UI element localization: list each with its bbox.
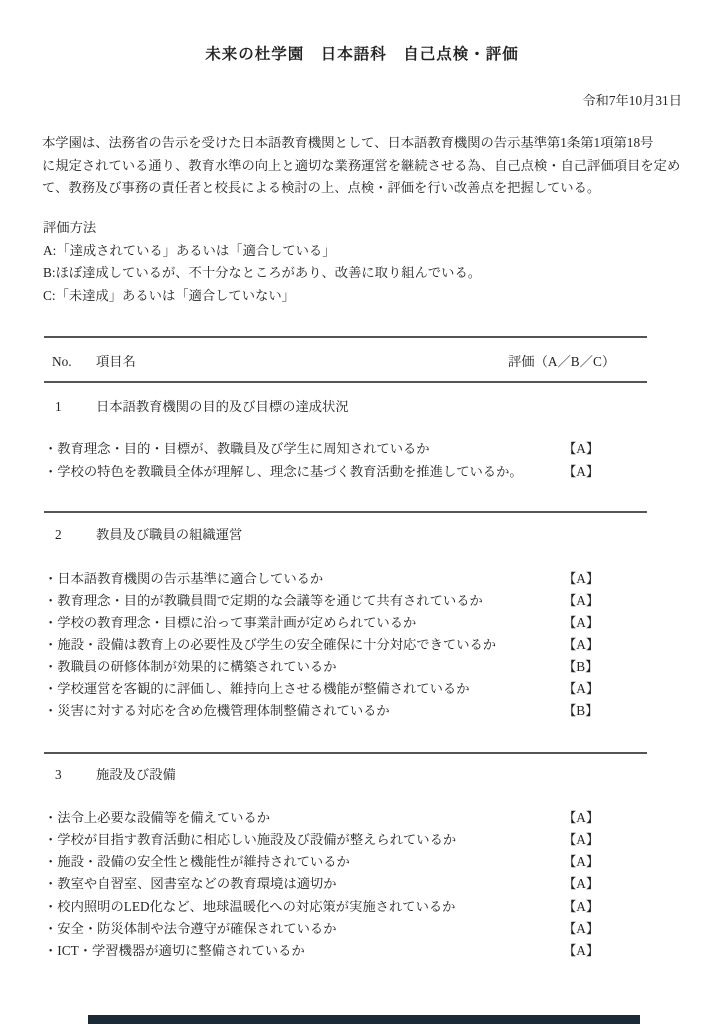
item-text: ・教育理念・目的が教職員間で定期的な会議等を通じて共有されているか bbox=[44, 590, 483, 612]
evaluation-item: ・法令上必要な設備等を備えているか 【A】 bbox=[44, 807, 706, 829]
section-title: 日本語教育機関の目的及び目標の達成状況 bbox=[96, 396, 349, 418]
section-1-row: 1 日本語教育機関の目的及び目標の達成状況 bbox=[42, 396, 702, 418]
item-mark: 【A】 bbox=[563, 918, 599, 940]
section-number: 1 bbox=[55, 396, 62, 418]
item-text: ・学校運営を客観的に評価し、維持向上させる機能が整備されているか bbox=[44, 678, 470, 700]
section-divider-rule bbox=[44, 752, 647, 754]
item-mark: 【A】 bbox=[563, 940, 599, 962]
evaluation-item: ・施設・設備の安全性と機能性が維持されているか 【A】 bbox=[44, 851, 706, 873]
header-item-name: 項目名 bbox=[96, 351, 136, 373]
item-mark: 【A】 bbox=[563, 568, 599, 590]
item-text: ・学校の特色を教職員全体が理解し、理念に基づく教育活動を推進しているか。 bbox=[44, 461, 523, 483]
evaluation-item: ・安全・防災体制や法令遵守が確保されているか 【A】 bbox=[44, 918, 706, 940]
intro-line: に規定されている通り、教育水準の向上と適切な業務運営を継続させる為、自己点検・自… bbox=[42, 155, 702, 178]
document-page: 未来の杜学園 日本語科 自己点検・評価 令和7年10月31日 本学園は、法務省の… bbox=[0, 0, 724, 1024]
item-text: ・教職員の研修体制が効果的に構築されているか bbox=[44, 656, 337, 678]
evaluation-item: ・施設・設備は教育上の必要性及び学生の安全確保に十分対応できているか 【A】 bbox=[44, 634, 706, 656]
header-bottom-rule bbox=[44, 381, 647, 383]
section-2-row: 2 教員及び職員の組織運営 bbox=[42, 524, 702, 546]
evaluation-item: ・日本語教育機関の告示基準に適合しているか 【A】 bbox=[44, 568, 706, 590]
item-text: ・教室や自習室、図書室などの教育環境は適切か bbox=[44, 873, 337, 895]
header-rating: 評価（A／B／C） bbox=[508, 351, 615, 373]
section-title: 教員及び職員の組織運営 bbox=[96, 524, 242, 546]
item-text: ・ICT・学習機器が適切に整備されているか bbox=[44, 940, 305, 962]
page-title: 未来の杜学園 日本語科 自己点検・評価 bbox=[0, 44, 724, 66]
item-mark: 【A】 bbox=[563, 896, 599, 918]
section-number: 3 bbox=[55, 764, 62, 786]
evaluation-method-block: 評価方法 A:「達成されている」あるいは「適合している」 B:ほぼ達成しているが… bbox=[43, 217, 703, 307]
evaluation-item: ・学校の教育理念・目標に沿って事業計画が定められているか 【A】 bbox=[44, 612, 706, 634]
item-mark: 【B】 bbox=[563, 656, 598, 678]
evaluation-method-grade-b: B:ほぼ達成しているが、不十分なところがあり、改善に取り組んでいる。 bbox=[43, 262, 703, 285]
header-no: No. bbox=[52, 351, 72, 373]
item-mark: 【A】 bbox=[563, 678, 599, 700]
section-3-row: 3 施設及び設備 bbox=[42, 764, 702, 786]
evaluation-item: ・学校の特色を教職員全体が理解し、理念に基づく教育活動を推進しているか。 【A】 bbox=[44, 461, 706, 483]
document-date: 令和7年10月31日 bbox=[42, 90, 682, 112]
evaluation-item: ・校内照明のLED化など、地球温暖化への対応策が実施されているか 【A】 bbox=[44, 896, 706, 918]
evaluation-item: ・ICT・学習機器が適切に整備されているか 【A】 bbox=[44, 940, 706, 962]
intro-line: 本学園は、法務省の告示を受けた日本語教育機関として、日本語教育機関の告示基準第1… bbox=[42, 132, 702, 155]
item-text: ・教育理念・目的・目標が、教職員及び学生に周知されているか bbox=[44, 438, 430, 460]
evaluation-method-grade-c: C:「未達成」あるいは「適合していない」 bbox=[43, 285, 703, 308]
section-title: 施設及び設備 bbox=[96, 764, 176, 786]
evaluation-item: ・教育理念・目的・目標が、教職員及び学生に周知されているか 【A】 bbox=[44, 438, 706, 460]
item-text: ・安全・防災体制や法令遵守が確保されているか bbox=[44, 918, 337, 940]
item-text: ・施設・設備の安全性と機能性が維持されているか bbox=[44, 851, 350, 873]
item-mark: 【A】 bbox=[563, 612, 599, 634]
intro-line: て、教務及び事務の責任者と校長による検討の上、点検・評価を行い改善点を把握してい… bbox=[42, 177, 702, 200]
item-text: ・学校の教育理念・目標に沿って事業計画が定められているか bbox=[44, 612, 416, 634]
evaluation-method-grade-a: A:「達成されている」あるいは「適合している」 bbox=[43, 240, 703, 263]
item-mark: 【A】 bbox=[563, 634, 599, 656]
evaluation-item: ・学校が目指す教育活動に相応しい施設及び設備が整えられているか 【A】 bbox=[44, 829, 706, 851]
table-header-row: No. 項目名 評価（A／B／C） bbox=[42, 351, 702, 373]
item-text: ・災害に対する対応を含め危機管理体制整備されているか bbox=[44, 700, 390, 722]
item-mark: 【A】 bbox=[563, 829, 599, 851]
section-number: 2 bbox=[55, 524, 62, 546]
item-mark: 【B】 bbox=[563, 700, 598, 722]
item-mark: 【A】 bbox=[563, 461, 599, 483]
evaluation-item: ・災害に対する対応を含め危機管理体制整備されているか 【B】 bbox=[44, 700, 706, 722]
section-divider-rule bbox=[44, 511, 647, 513]
item-mark: 【A】 bbox=[563, 851, 599, 873]
item-mark: 【A】 bbox=[563, 590, 599, 612]
item-text: ・施設・設備は教育上の必要性及び学生の安全確保に十分対応できているか bbox=[44, 634, 496, 656]
item-text: ・学校が目指す教育活動に相応しい施設及び設備が整えられているか bbox=[44, 829, 456, 851]
next-page-edge-bar bbox=[88, 1015, 640, 1024]
evaluation-item: ・教育理念・目的が教職員間で定期的な会議等を通じて共有されているか 【A】 bbox=[44, 590, 706, 612]
evaluation-item: ・学校運営を客観的に評価し、維持向上させる機能が整備されているか 【A】 bbox=[44, 678, 706, 700]
table-top-rule bbox=[44, 336, 647, 338]
item-mark: 【A】 bbox=[563, 873, 599, 895]
item-text: ・日本語教育機関の告示基準に適合しているか bbox=[44, 568, 323, 590]
evaluation-item: ・教職員の研修体制が効果的に構築されているか 【B】 bbox=[44, 656, 706, 678]
intro-paragraph: 本学園は、法務省の告示を受けた日本語教育機関として、日本語教育機関の告示基準第1… bbox=[42, 132, 702, 200]
item-mark: 【A】 bbox=[563, 807, 599, 829]
evaluation-method-heading: 評価方法 bbox=[43, 217, 703, 240]
item-text: ・法令上必要な設備等を備えているか bbox=[44, 807, 270, 829]
item-text: ・校内照明のLED化など、地球温暖化への対応策が実施されているか bbox=[44, 896, 455, 918]
evaluation-item: ・教室や自習室、図書室などの教育環境は適切か 【A】 bbox=[44, 873, 706, 895]
item-mark: 【A】 bbox=[563, 438, 599, 460]
